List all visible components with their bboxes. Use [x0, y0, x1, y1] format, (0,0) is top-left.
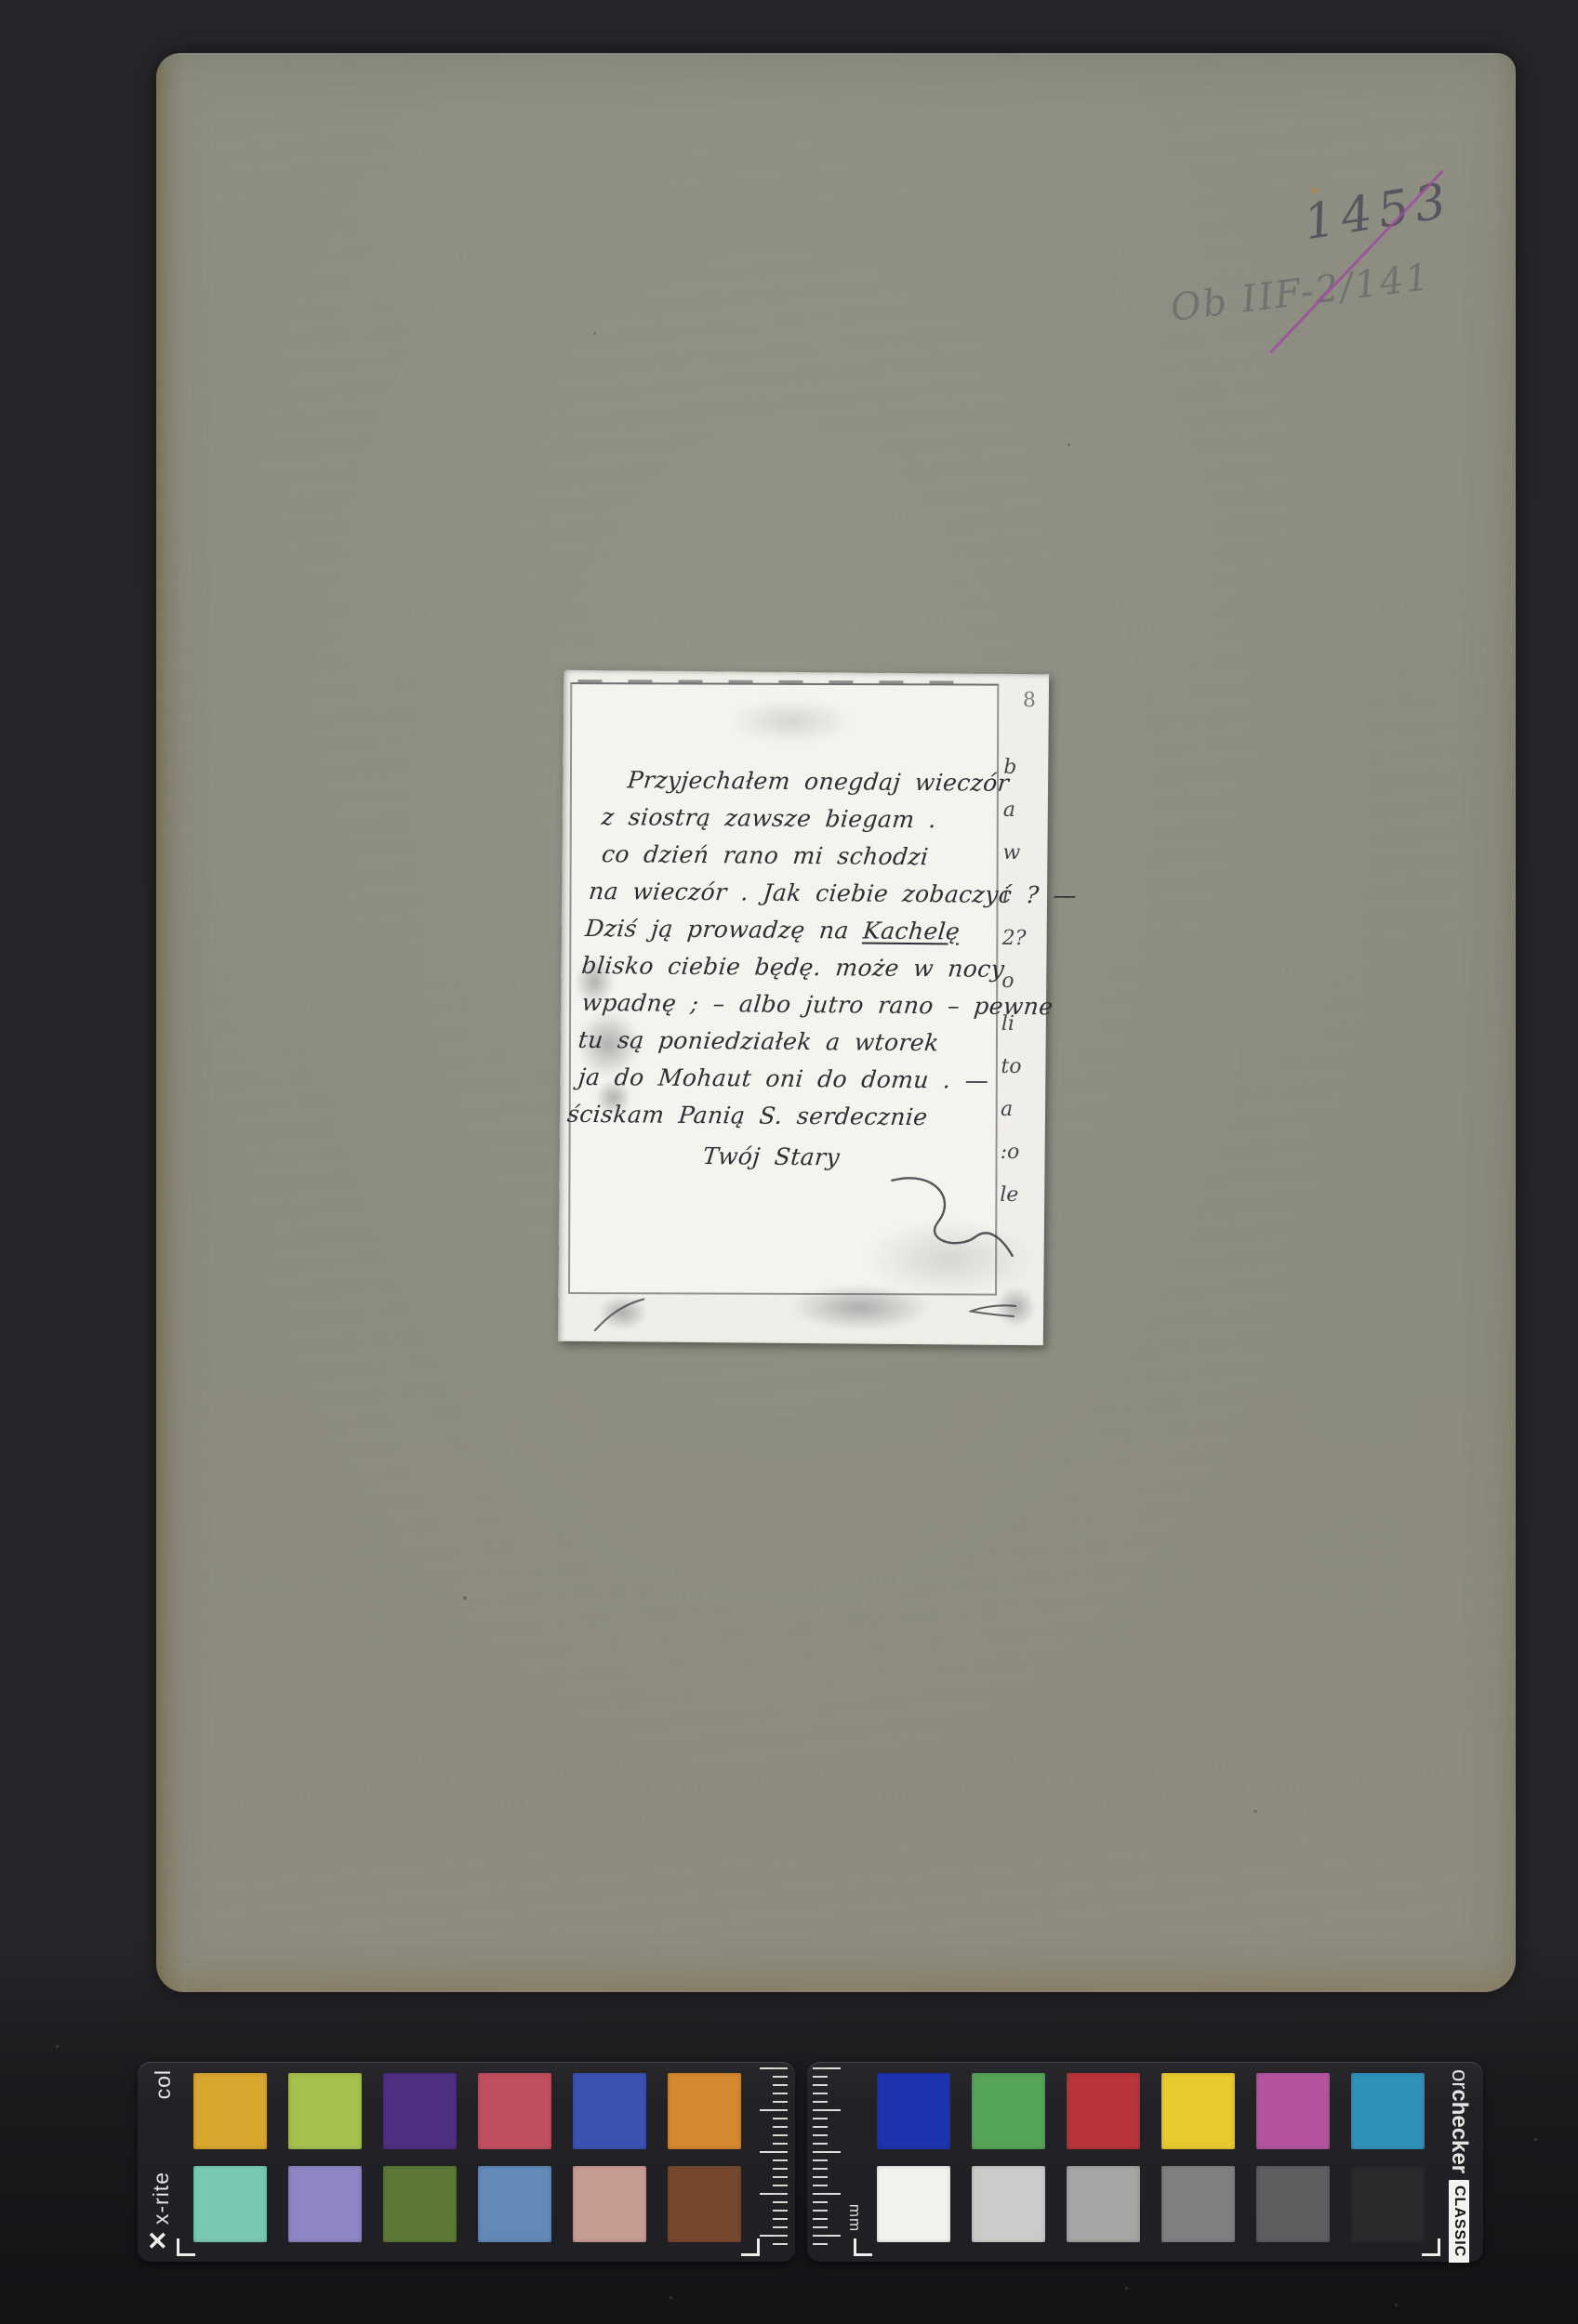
dust-speck [670, 2296, 672, 2299]
letter-photo: 8 Przyjechałem onegdaj wieczórz siostrą … [558, 670, 1049, 1346]
color-patch-blue [877, 2073, 950, 2149]
color-patch-moderate-red [478, 2073, 551, 2149]
letter-line: tu są poniedziałek a wtorek [577, 1022, 976, 1063]
corner-mark [854, 2238, 872, 2256]
ruler-left-panel [745, 2067, 788, 2251]
color-patch-black [1351, 2166, 1425, 2242]
letter-line: Dziś ją prowadzę na Kachelę [583, 910, 987, 951]
speck [1253, 1810, 1257, 1813]
pen-stroke-mark [591, 1295, 647, 1333]
dust-speck [1125, 2287, 1128, 2290]
colorchecker-left-panel: col x-rite ✕ [138, 2062, 795, 2262]
letter-line: ja do Mohaut oni do domu . — [577, 1059, 973, 1100]
page-number: 8 [1023, 689, 1036, 712]
text-fragment: o [1001, 970, 1044, 1012]
text-fragment: li [1001, 1012, 1044, 1055]
letter-line: na wieczór . Jak ciebie zobaczyć ? — [587, 873, 990, 914]
color-patch-yellow [1161, 2073, 1235, 2149]
dust-speck [1534, 2138, 1537, 2141]
letter-line: Twój Stary [701, 1138, 965, 1177]
arrow-mark [969, 1302, 1017, 1319]
color-patch-yellow-green [288, 2073, 362, 2149]
letter-line: co dzień rano mi schodzi [600, 836, 994, 877]
color-patch-bluish-green [193, 2166, 267, 2242]
brand-right-edge: orchecker CLASSIC [1446, 2069, 1472, 2263]
brand-text-colorchecker: orchecker [1446, 2069, 1472, 2173]
color-patch-blue-sky [478, 2166, 551, 2242]
color-patch-orange-yellow [193, 2073, 267, 2149]
color-patch-dark-skin [668, 2166, 741, 2242]
speck [463, 1596, 467, 1600]
letter-line: blisko ciebie będę. może w nocy [580, 947, 984, 988]
corner-mark [1422, 2238, 1440, 2256]
color-patch-neutral-6-5 [1067, 2166, 1140, 2242]
color-patch-purplish-blue [573, 2073, 646, 2149]
color-patch-blue-flower [288, 2166, 362, 2242]
letter-line: z siostrą zawsze biegam . [600, 799, 998, 839]
text-fragment: a [1001, 1098, 1043, 1141]
left-panel-patches [138, 2062, 795, 2262]
text-fragment: 2? [1001, 927, 1044, 970]
page-top-edge [577, 680, 969, 683]
text-fragment: to [1001, 1055, 1043, 1098]
letter-text: Przyjechałem onegdaj wieczórz siostrą za… [562, 761, 1001, 1177]
color-patch-magenta [1256, 2073, 1330, 2149]
classic-badge: CLASSIC [1449, 2180, 1469, 2263]
text-fragment: a [1003, 799, 1046, 841]
color-patch-foliage [383, 2166, 457, 2242]
text-fragment: :o [1000, 1141, 1042, 1183]
brand-prefix: or [1447, 2069, 1472, 2089]
text-fragment: i [1002, 884, 1045, 927]
dust-speck [56, 2045, 59, 2048]
corner-mark [741, 2238, 760, 2256]
color-patch-cyan [1351, 2073, 1425, 2149]
color-patch-red [1067, 2073, 1140, 2149]
letter-line: wpadnę ; – albo jutro rano – pewne [580, 984, 980, 1025]
speck [593, 332, 596, 335]
text-fragment: w [1002, 841, 1045, 884]
right-panel-patches [807, 2062, 1483, 2262]
color-patch-orange [668, 2073, 741, 2149]
brand-main: checker [1447, 2089, 1472, 2173]
stain [762, 1274, 959, 1341]
color-patch-purple [383, 2073, 457, 2149]
corner-mark [177, 2238, 195, 2256]
color-patch-green [972, 2073, 1045, 2149]
color-patch-white [877, 2166, 950, 2242]
letter-line: ściskam Panią S. serdecznie [565, 1096, 969, 1137]
colorchecker-right-panel: mm orchecker CLASSIC [807, 2062, 1483, 2262]
letter-line: Przyjechałem onegdaj wieczór [626, 761, 1001, 801]
color-patch-neutral-5 [1161, 2166, 1235, 2242]
color-patch-neutral-3-5 [1256, 2166, 1330, 2242]
archival-scan: { "scene": { "background_hex": "#26262a"… [0, 0, 1578, 2324]
text-fragment: b [1003, 756, 1046, 799]
dust-speck [1395, 2304, 1398, 2306]
color-patch-light-skin [573, 2166, 646, 2242]
adjacent-page-fragments: bawi2?olitoa:ole [1000, 756, 1046, 1226]
speck [1067, 443, 1070, 446]
text-fragment: le [1000, 1183, 1042, 1226]
color-patch-neutral-8 [972, 2166, 1045, 2242]
